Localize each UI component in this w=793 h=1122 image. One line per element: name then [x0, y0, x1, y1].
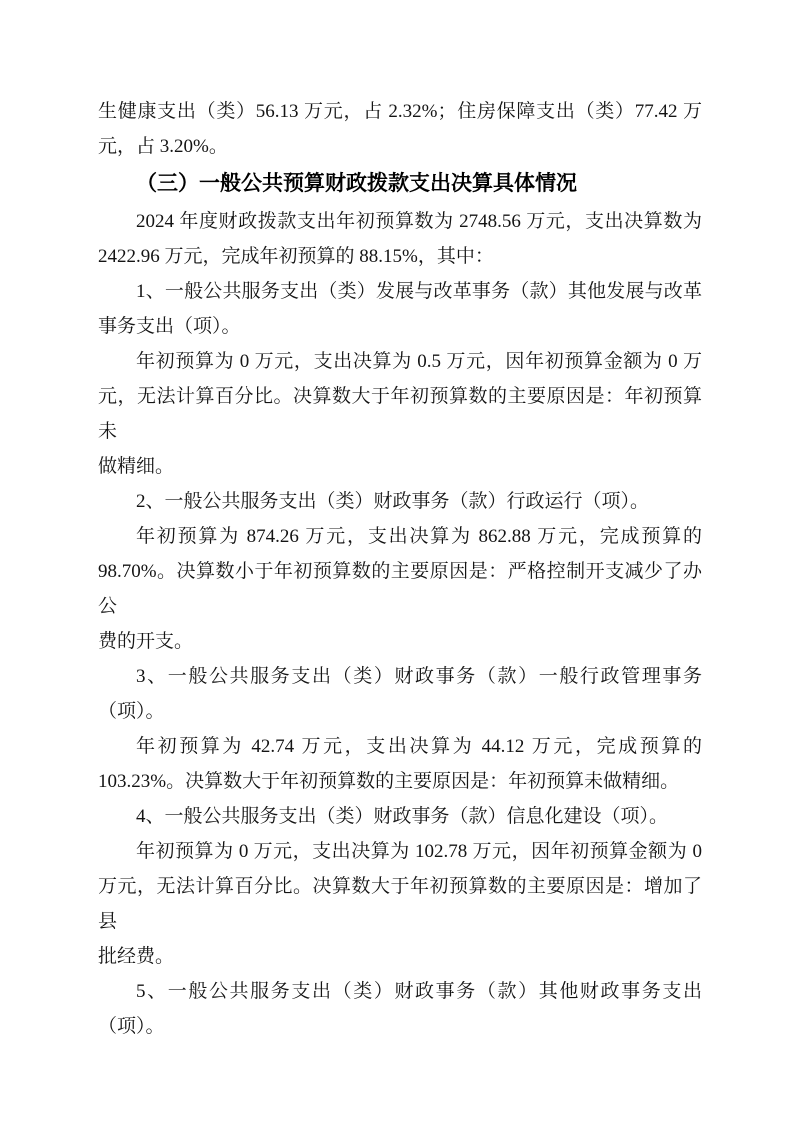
document-line: 元，无法计算百分比。决算数大于年初预算数的主要原因是：年初预算未: [98, 379, 702, 449]
document-line: 2、一般公共服务支出（类）财政事务（款）行政运行（项）。: [98, 484, 702, 519]
document-line: 98.70%。决算数小于年初预算数的主要原因是：严格控制开支减少了办公: [98, 554, 702, 624]
document-line: 万元，无法计算百分比。决算数大于年初预算数的主要原因是：增加了县: [98, 869, 702, 939]
document-line: 2422.96 万元，完成年初预算的 88.15%，其中：: [98, 239, 702, 274]
document-text-block: 生健康支出（类）56.13 万元，占 2.32%；住房保障支出（类）77.42 …: [98, 94, 702, 1044]
document-line: 3、一般公共服务支出（类）财政事务（款）一般行政管理事务: [98, 659, 702, 694]
section-heading: （三）一般公共预算财政拨款支出决算具体情况: [98, 164, 702, 204]
document-line: 年初预算为 42.74 万元，支出决算为 44.12 万元，完成预算的: [98, 729, 702, 764]
document-line: 做精细。: [98, 449, 702, 484]
document-line: （项）。: [98, 694, 702, 729]
document-line: 年初预算为 874.26 万元，支出决算为 862.88 万元，完成预算的: [98, 519, 702, 554]
document-line: 5、一般公共服务支出（类）财政事务（款）其他财政事务支出: [98, 974, 702, 1009]
document-line: （项）。: [98, 1009, 702, 1044]
document-line: 4、一般公共服务支出（类）财政事务（款）信息化建设（项）。: [98, 799, 702, 834]
document-line: 1、一般公共服务支出（类）发展与改革事务（款）其他发展与改革: [98, 274, 702, 309]
document-line: 事务支出（项）。: [98, 309, 702, 344]
document-line: 批经费。: [98, 939, 702, 974]
document-line: 元，占 3.20%。: [98, 129, 702, 164]
document-page: 生健康支出（类）56.13 万元，占 2.32%；住房保障支出（类）77.42 …: [0, 0, 793, 1122]
document-line: 2024 年度财政拨款支出年初预算数为 2748.56 万元，支出决算数为: [98, 204, 702, 239]
document-line: 年初预算为 0 万元，支出决算为 102.78 万元，因年初预算金额为 0: [98, 834, 702, 869]
document-line: 费的开支。: [98, 624, 702, 659]
document-line: 年初预算为 0 万元，支出决算为 0.5 万元，因年初预算金额为 0 万: [98, 344, 702, 379]
document-line: 生健康支出（类）56.13 万元，占 2.32%；住房保障支出（类）77.42 …: [98, 94, 702, 129]
document-line: 103.23%。决算数大于年初预算数的主要原因是：年初预算未做精细。: [98, 764, 702, 799]
